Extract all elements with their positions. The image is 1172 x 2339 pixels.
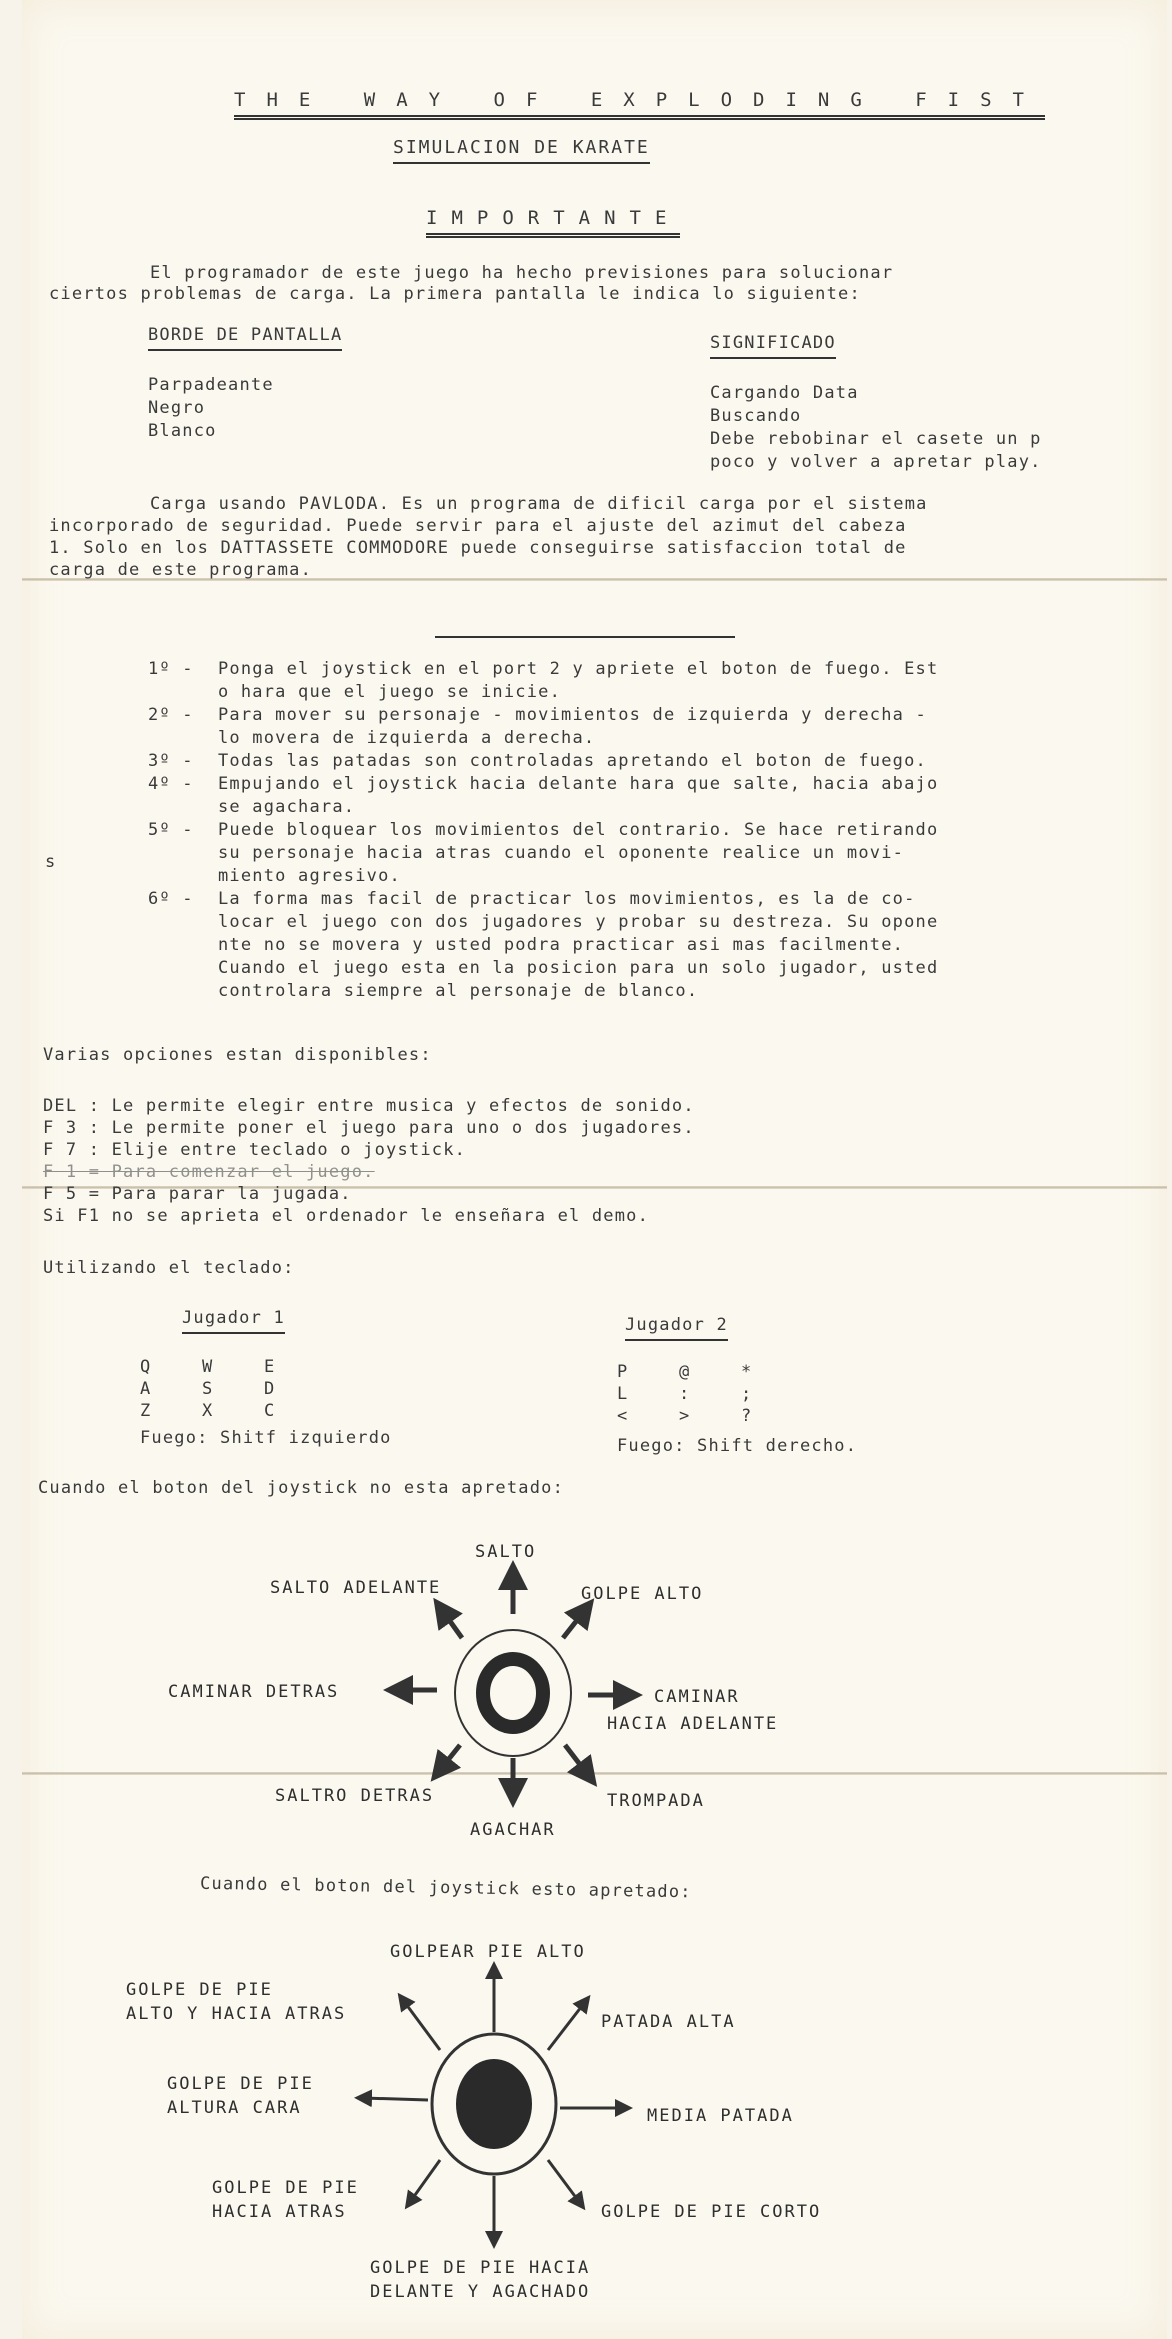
key-label: P [617, 1361, 679, 1383]
options-intro: Varias opciones estan disponibles: [43, 1043, 432, 1067]
meaning-value: Buscando [710, 404, 801, 428]
key-row: ZXC [140, 1400, 326, 1422]
loader-note-line: Carga usando PAVLODA. Es un programa de … [150, 492, 928, 516]
label-up: SALTO [475, 1540, 536, 1564]
label-right: CAMINAR [654, 1685, 740, 1709]
border-value: Negro [148, 396, 205, 420]
border-column-header: BORDE DE PANTALLA [148, 323, 342, 351]
keyboard-intro: Utilizando el teclado: [43, 1256, 295, 1280]
step-text: su personaje hacia atras cuando el opone… [218, 841, 904, 865]
step-number: 2º - [148, 703, 194, 727]
option-item: F 3 : Le permite poner el juego para uno… [43, 1116, 695, 1140]
important-heading: IMPORTANTE [426, 206, 680, 238]
key-label: D [264, 1378, 326, 1400]
label-down-2: DELANTE Y AGACHADO [370, 2280, 590, 2304]
player1-fire: Fuego: Shitf izquierdo [140, 1426, 392, 1450]
player1-label: Jugador 1 [182, 1306, 285, 1334]
step-text: controlara siempre al personaje de blanc… [218, 979, 698, 1003]
section-divider [435, 636, 735, 638]
key-label: ? [741, 1405, 803, 1427]
label-right-2: HACIA ADELANTE [607, 1712, 778, 1736]
option-item-struck: F 1 = Para comenzar el juego. [43, 1160, 375, 1184]
meaning-value: Cargando Data [710, 381, 859, 405]
key-label: X [202, 1400, 264, 1422]
step-text: Para mover su personaje - movimientos de… [218, 703, 927, 727]
step-text: Cuando el juego esta en la posicion para… [218, 956, 938, 980]
player2-fire: Fuego: Shift derecho. [617, 1434, 857, 1458]
key-label: > [679, 1405, 741, 1427]
intro-line-2: ciertos problemas de carga. La primera p… [49, 282, 861, 306]
step-number: 1º - [148, 657, 194, 681]
document-subtitle: SIMULACION DE KARATE [393, 136, 650, 164]
step-text: locar el juego con dos jugadores y proba… [218, 910, 938, 934]
player1-keys: QWEASDZXC [140, 1356, 326, 1422]
label-down-left: GOLPE DE PIE [212, 2176, 359, 2200]
step-text: La forma mas facil de practicar los movi… [218, 887, 916, 911]
step-number: 5º - [148, 818, 194, 842]
label-right: MEDIA PATADA [647, 2104, 794, 2128]
border-value: Parpadeante [148, 373, 274, 397]
key-label: : [679, 1383, 741, 1405]
label-down-left: SALTRO DETRAS [275, 1784, 434, 1808]
option-item: F 7 : Elije entre teclado o joystick. [43, 1138, 466, 1162]
label-up-left: GOLPE DE PIE [126, 1978, 273, 2002]
key-label: @ [679, 1361, 741, 1383]
key-label: L [617, 1383, 679, 1405]
label-left: GOLPE DE PIE [167, 2072, 314, 2096]
step-text: Todas las patadas son controladas apreta… [218, 749, 927, 773]
margin-mark: s [45, 850, 56, 874]
key-row: QWE [140, 1356, 326, 1378]
label-down-right: TROMPADA [607, 1789, 705, 1813]
key-row: <>? [617, 1405, 803, 1427]
label-down: AGACHAR [470, 1818, 556, 1842]
label-down-right: GOLPE DE PIE CORTO [601, 2200, 821, 2224]
key-label: < [617, 1405, 679, 1427]
step-text: nte no se movera y usted podra practicar… [218, 933, 904, 957]
key-label: W [202, 1356, 264, 1378]
step-number: 6º - [148, 887, 194, 911]
step-text: lo movera de izquierda a derecha. [218, 726, 595, 750]
meaning-value: poco y volver a apretar play. [710, 450, 1042, 474]
label-down-left-2: HACIA ATRAS [212, 2200, 347, 2224]
key-label: E [264, 1356, 326, 1378]
label-up-left: SALTO ADELANTE [270, 1576, 441, 1600]
step-text: o hara que el juego se inicie. [218, 680, 561, 704]
key-label: Q [140, 1356, 202, 1378]
key-row: P@* [617, 1361, 803, 1383]
document-title: THE WAY OF EXPLODING FIST [234, 88, 1045, 120]
step-number: 3º - [148, 749, 194, 773]
meaning-column-header: SIGNIFICADO [710, 331, 836, 359]
option-item: F 5 = Para parar la jugada. [43, 1182, 352, 1206]
player2-keys: P@*L:;<>? [617, 1361, 803, 1427]
step-text: miento agresivo. [218, 864, 401, 888]
loader-note-line: carga de este programa. [49, 558, 312, 582]
border-value: Blanco [148, 419, 217, 443]
key-label: Z [140, 1400, 202, 1422]
step-text: Puede bloquear los movimientos del contr… [218, 818, 938, 842]
label-down: GOLPE DE PIE HACIA [370, 2256, 590, 2280]
key-label: * [741, 1361, 803, 1383]
label-up: GOLPEAR PIE ALTO [390, 1940, 586, 1964]
label-up-right: PATADA ALTA [601, 2010, 736, 2034]
option-item: DEL : Le permite elegir entre musica y e… [43, 1094, 695, 1118]
step-text: Empujando el joystick hacia delante hara… [218, 772, 938, 796]
step-text: se agachara. [218, 795, 355, 819]
label-up-left-2: ALTO Y HACIA ATRAS [126, 2002, 346, 2026]
key-row: ASD [140, 1378, 326, 1400]
step-text: Ponga el joystick en el port 2 y apriete… [218, 657, 938, 681]
player2-label: Jugador 2 [625, 1313, 728, 1341]
option-item: Si F1 no se aprieta el ordenador le ense… [43, 1204, 649, 1228]
label-up-right: GOLPE ALTO [581, 1582, 703, 1606]
released-caption: Cuando el boton del joystick no esta apr… [38, 1476, 564, 1500]
step-number: 4º - [148, 772, 194, 796]
key-label: S [202, 1378, 264, 1400]
loader-note-line: incorporado de seguridad. Puede servir p… [49, 514, 907, 538]
key-label: A [140, 1378, 202, 1400]
key-label: ; [741, 1383, 803, 1405]
meaning-value: Debe rebobinar el casete un p [710, 427, 1042, 451]
label-left: CAMINAR DETRAS [168, 1680, 339, 1704]
key-row: L:; [617, 1383, 803, 1405]
key-label: C [264, 1400, 326, 1422]
loader-note-line: 1. Solo en los DATTASSETE COMMODORE pued… [49, 536, 907, 560]
label-left-2: ALTURA CARA [167, 2096, 302, 2120]
